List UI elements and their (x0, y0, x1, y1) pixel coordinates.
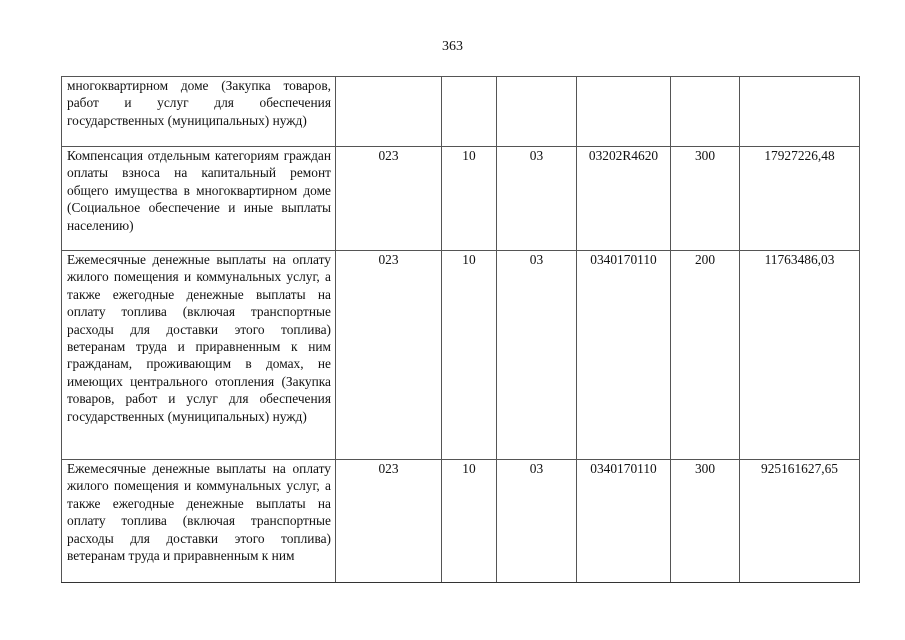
cell-target-article: 03202R4620 (577, 147, 671, 251)
cell-amount: 925161627,65 (740, 460, 860, 583)
cell-target-article: 0340170110 (577, 251, 671, 460)
cell-description: многоквартирном доме (Закупка товаров, р… (62, 77, 336, 147)
cell-subsection (497, 77, 577, 147)
table-row: Ежемесячные денежные выплаты на оплату ж… (62, 251, 860, 460)
table-row: Компенсация отдельным категориям граждан… (62, 147, 860, 251)
cell-description: Компенсация отдельным категориям граждан… (62, 147, 336, 251)
cell-expense-type: 300 (671, 147, 740, 251)
cell-target-article: 0340170110 (577, 460, 671, 583)
cell-section: 10 (442, 147, 497, 251)
cell-ministry-code: 023 (336, 251, 442, 460)
cell-ministry-code: 023 (336, 147, 442, 251)
cell-ministry-code: 023 (336, 460, 442, 583)
cell-subsection: 03 (497, 460, 577, 583)
cell-ministry-code (336, 77, 442, 147)
cell-section: 10 (442, 460, 497, 583)
page-number: 363 (0, 38, 905, 56)
cell-subsection: 03 (497, 147, 577, 251)
table-row: Ежемесячные денежные выплаты на оплату ж… (62, 460, 860, 583)
cell-amount: 17927226,48 (740, 147, 860, 251)
cell-description: Ежемесячные денежные выплаты на оплату ж… (62, 460, 336, 583)
cell-amount (740, 77, 860, 147)
cell-expense-type: 200 (671, 251, 740, 460)
cell-description: Ежемесячные денежные выплаты на оплату ж… (62, 251, 336, 460)
cell-section: 10 (442, 251, 497, 460)
cell-amount: 11763486,03 (740, 251, 860, 460)
budget-table: многоквартирном доме (Закупка товаров, р… (61, 76, 860, 583)
cell-subsection: 03 (497, 251, 577, 460)
cell-section (442, 77, 497, 147)
cell-expense-type (671, 77, 740, 147)
cell-expense-type: 300 (671, 460, 740, 583)
table-row: многоквартирном доме (Закупка товаров, р… (62, 77, 860, 147)
cell-target-article (577, 77, 671, 147)
